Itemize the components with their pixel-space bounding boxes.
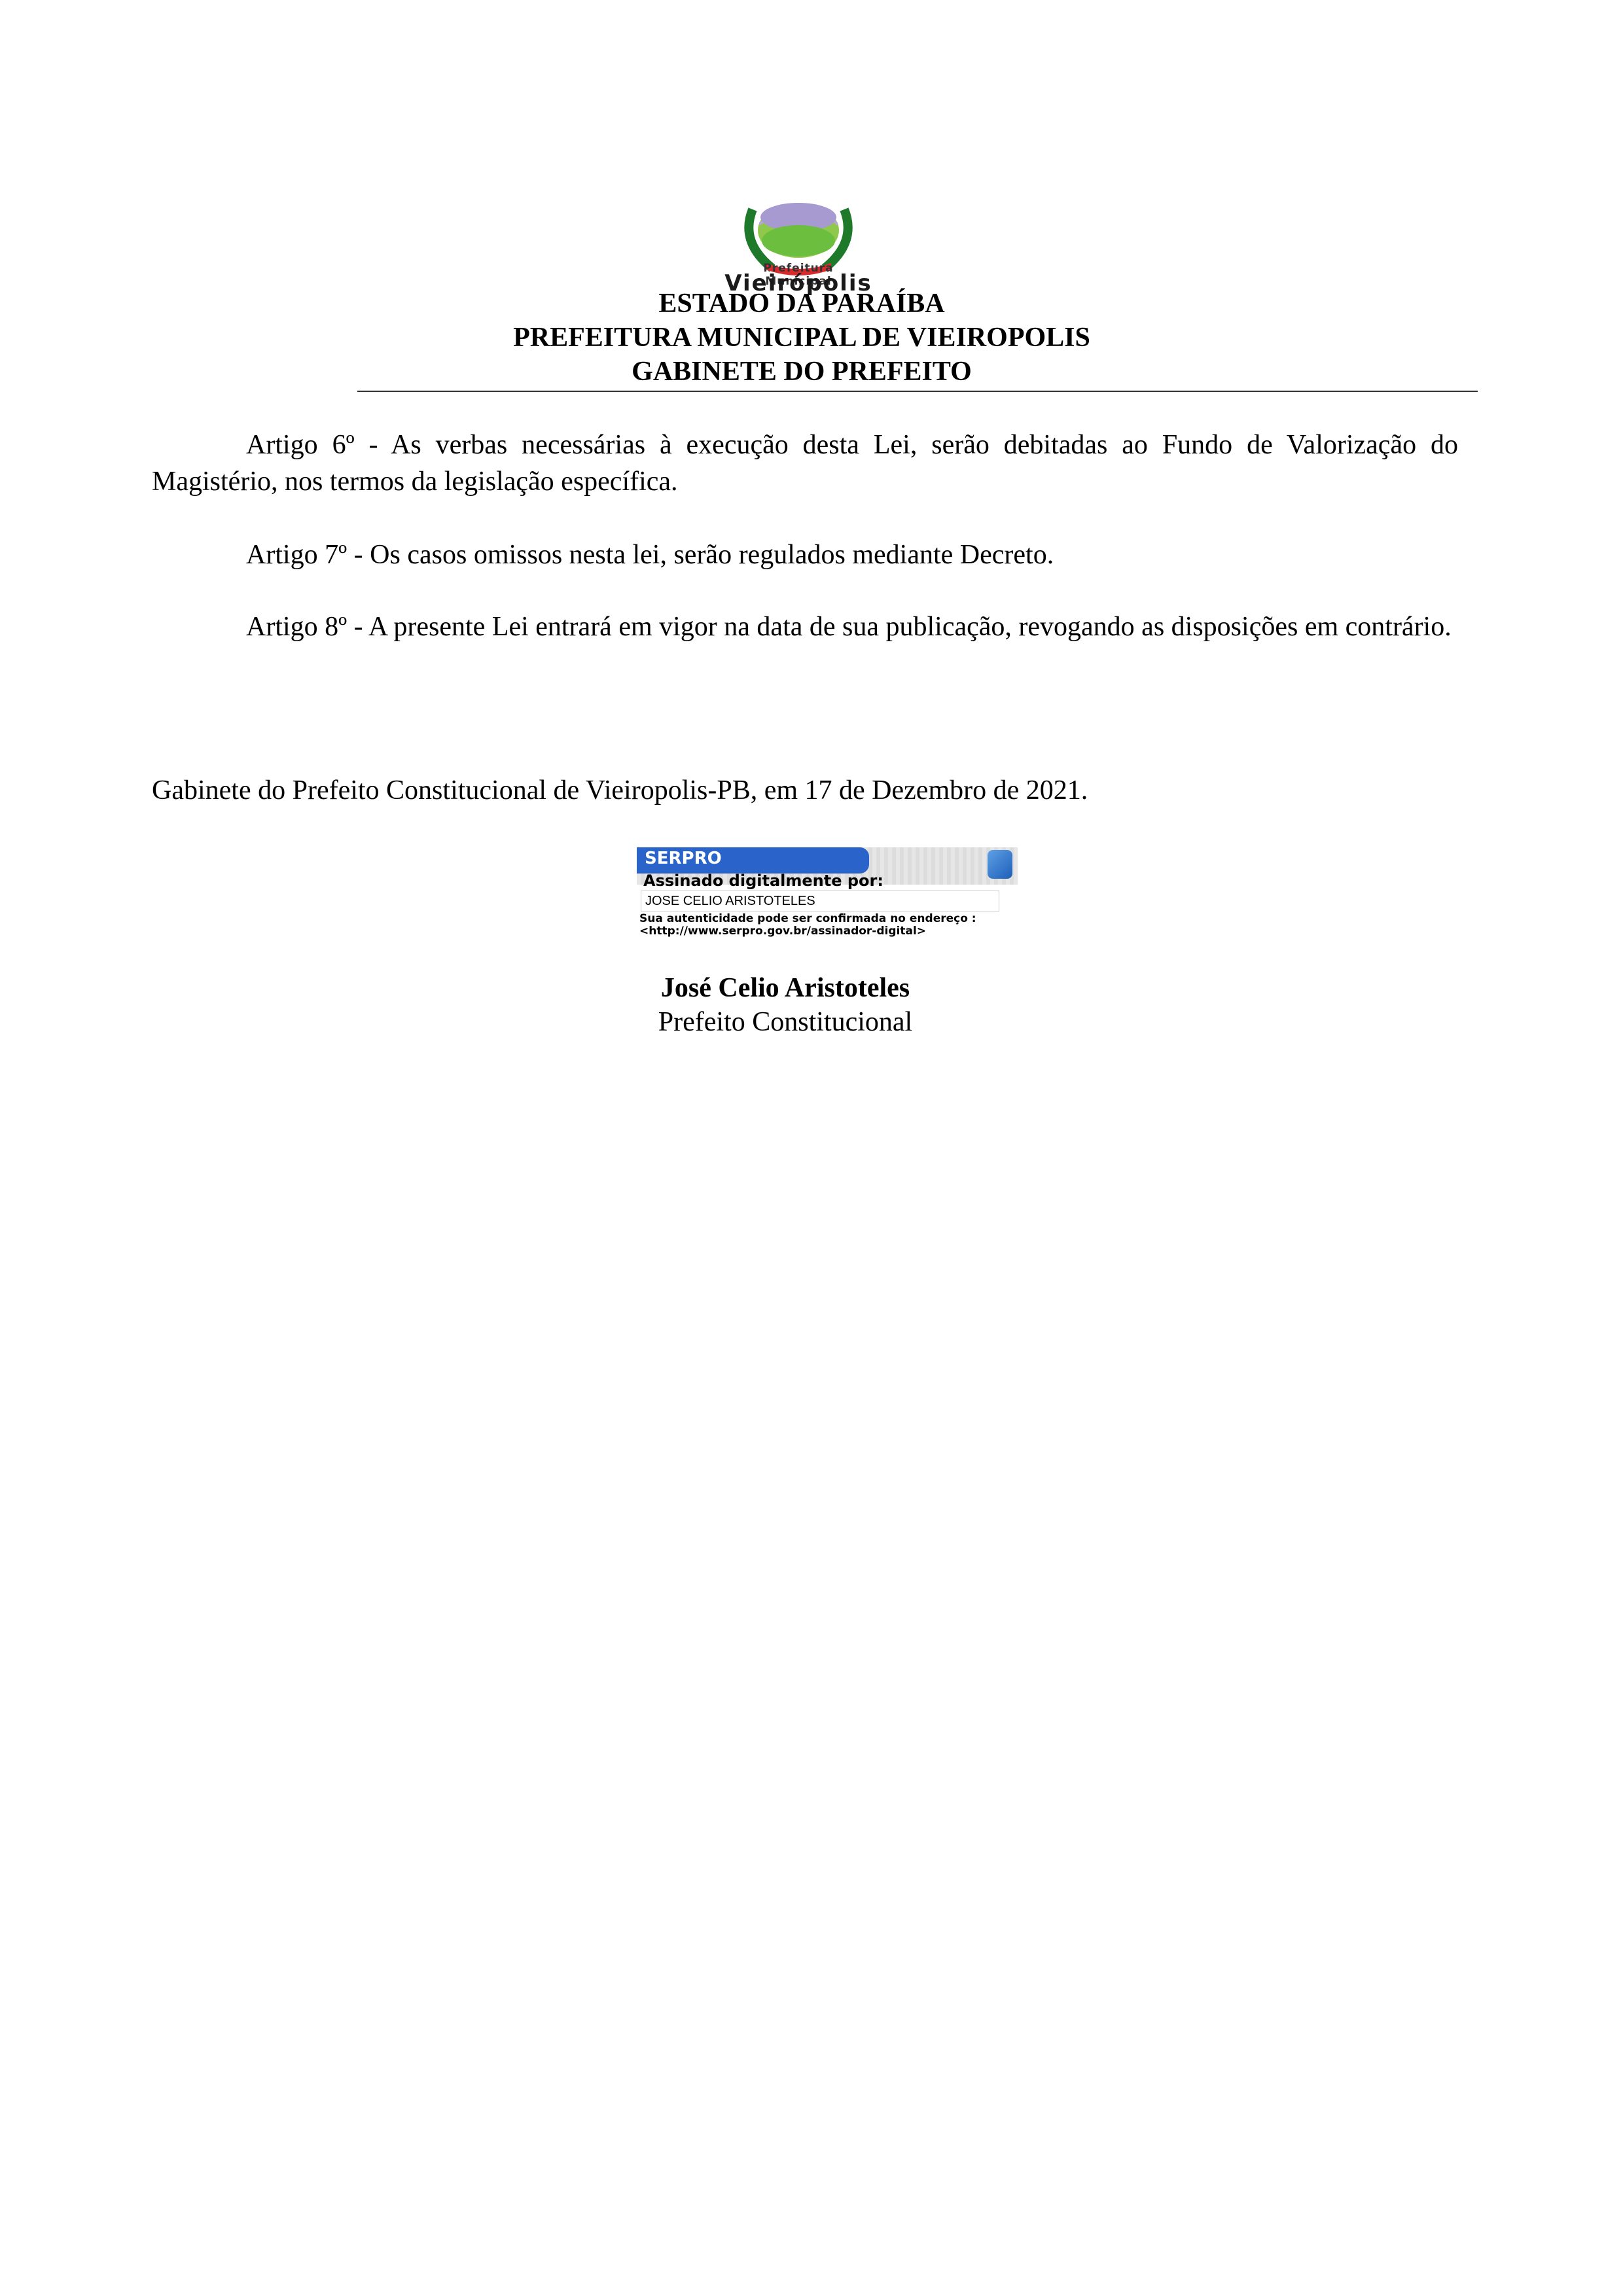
stamp-verification-link[interactable]: <http://www.serpro.gov.br/assinador-digi… <box>639 925 976 938</box>
stamp-title: Assinado digitalmente por: <box>643 872 883 890</box>
serpro-logo: SERPRO <box>645 849 722 868</box>
header-divider <box>357 391 1478 392</box>
article-7: Artigo 7º - Os casos omissos nesta lei, … <box>152 537 1458 573</box>
signer-role: Prefeito Constitucional <box>615 1006 955 1038</box>
header-state: ESTADO DA PARAÍBA <box>353 288 1250 319</box>
digital-signature-stamp: SERPRO Assinado digitalmente por: JOSE C… <box>637 847 1018 945</box>
header-municipality: PREFEITURA MUNICIPAL DE VIEIROPOLIS <box>353 322 1250 353</box>
article-6: Artigo 6º - As verbas necessárias à exec… <box>152 427 1458 500</box>
certificate-icon <box>988 850 1012 879</box>
place-and-date: Gabinete do Prefeito Constitucional de V… <box>152 772 1088 809</box>
stamp-note: Sua autenticidade pode ser confirmada no… <box>639 913 976 938</box>
stamp-note-line1: Sua autenticidade pode ser confirmada no… <box>639 913 976 925</box>
header-office: GABINETE DO PREFEITO <box>353 356 1250 387</box>
article-8: Artigo 8º - A presente Lei entrará em vi… <box>152 609 1458 645</box>
stamp-signer: JOSE CELIO ARISTOTELES <box>641 891 999 911</box>
signer-name: José Celio Aristoteles <box>615 972 955 1004</box>
